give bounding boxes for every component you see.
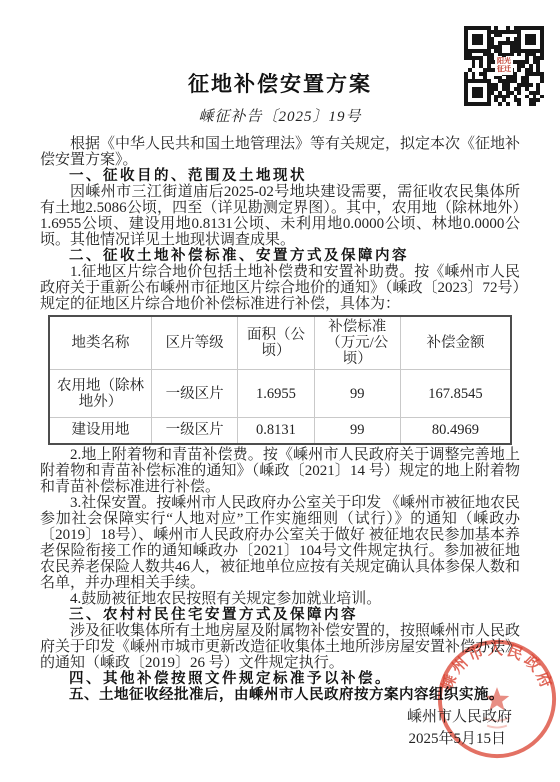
doc-number: 嵊征补告〔2025〕19号 (40, 108, 520, 126)
compensation-table: 地类名称 区片等级 面积（公顷） 补偿标准（万元/公顷） 补偿金额 农用地（除林… (48, 315, 512, 445)
section3-heading: 三、农村村民住宅安置方式及保障内容 (40, 607, 520, 623)
signature-block: 嵊州市人民政府 2025年5月15日 (40, 706, 520, 750)
cell-standard: 99 (314, 418, 400, 444)
section1-heading: 一、征收目的、范围及土地现状 (40, 168, 520, 184)
section2-paragraph-1: 1.征地区片综合地价包括土地补偿费和安置补助费。按《嵊州市人民政府关于重新公布嵊… (40, 264, 520, 312)
table-row-construction: 建设用地 一级区片 0.8131 99 80.4969 (49, 418, 511, 444)
cell-area: 0.8131 (238, 418, 314, 444)
section4-heading: 四、其他补偿按照文件规定标准予以补偿。 (40, 671, 520, 687)
cell-standard: 99 (314, 370, 400, 418)
section5-heading: 五、土地征收经批准后，由嵊州市人民政府按方案内容组织实施。 (40, 687, 520, 703)
table-header-zone-grade: 区片等级 (151, 316, 237, 370)
cell-zone-grade: 一级区片 (151, 418, 237, 444)
intro-paragraph: 根据《中华人民共和国土地管理法》等有关规定，拟定本次《征地补偿安置方案》。 (40, 136, 520, 168)
section2-paragraph-2: 2.地上附着物和青苗补偿费。按《嵊州市人民政府关于调整完善地上附着物和青苗补偿标… (40, 447, 520, 495)
cell-land-type: 建设用地 (49, 418, 151, 444)
signature-date: 2025年5月15日 (40, 728, 520, 750)
table-header-land-type: 地类名称 (49, 316, 151, 370)
section1-paragraph: 因嵊州市三江街道庙后2025-02号地块建设需要，需征收农民集体所有土地2.50… (40, 184, 520, 248)
table-header-standard: 补偿标准（万元/公顷） (314, 316, 400, 370)
section2-heading: 二、征收土地补偿标准、安置方式及保障内容 (40, 248, 520, 264)
cell-area: 1.6955 (238, 370, 314, 418)
signature-org: 嵊州市人民政府 (40, 706, 520, 728)
document-page: 阳光 征迁 征地补偿安置方案 嵊征补告〔2025〕19号 根据《中华人民共和国土… (0, 0, 560, 782)
section3-paragraph: 涉及征收集体所有土地房屋及附属物补偿安置的，按照嵊州市人民政府关于印发《嵊州市城… (40, 623, 520, 671)
table-row-farmland: 农用地（除林地外） 一级区片 1.6955 99 167.8545 (49, 370, 511, 418)
section2-paragraph-3: 3.社保安置。按嵊州市人民政府办公室关于印发 《嵊州市被征地农民参加社会保障实行… (40, 495, 520, 591)
table-header-row: 地类名称 区片等级 面积（公顷） 补偿标准（万元/公顷） 补偿金额 (49, 316, 511, 370)
cell-amount: 167.8545 (400, 370, 511, 418)
cell-amount: 80.4969 (400, 418, 511, 444)
page-title: 征地补偿安置方案 (40, 72, 520, 98)
table-header-area: 面积（公顷） (238, 316, 314, 370)
table-header-amount: 补偿金额 (400, 316, 511, 370)
document-body: 征地补偿安置方案 嵊征补告〔2025〕19号 根据《中华人民共和国土地管理法》等… (40, 0, 520, 750)
cell-land-type: 农用地（除林地外） (49, 370, 151, 418)
cell-zone-grade: 一级区片 (151, 370, 237, 418)
section2-paragraph-4: 4.鼓励被征地农民按照有关规定参加就业培训。 (40, 591, 520, 607)
